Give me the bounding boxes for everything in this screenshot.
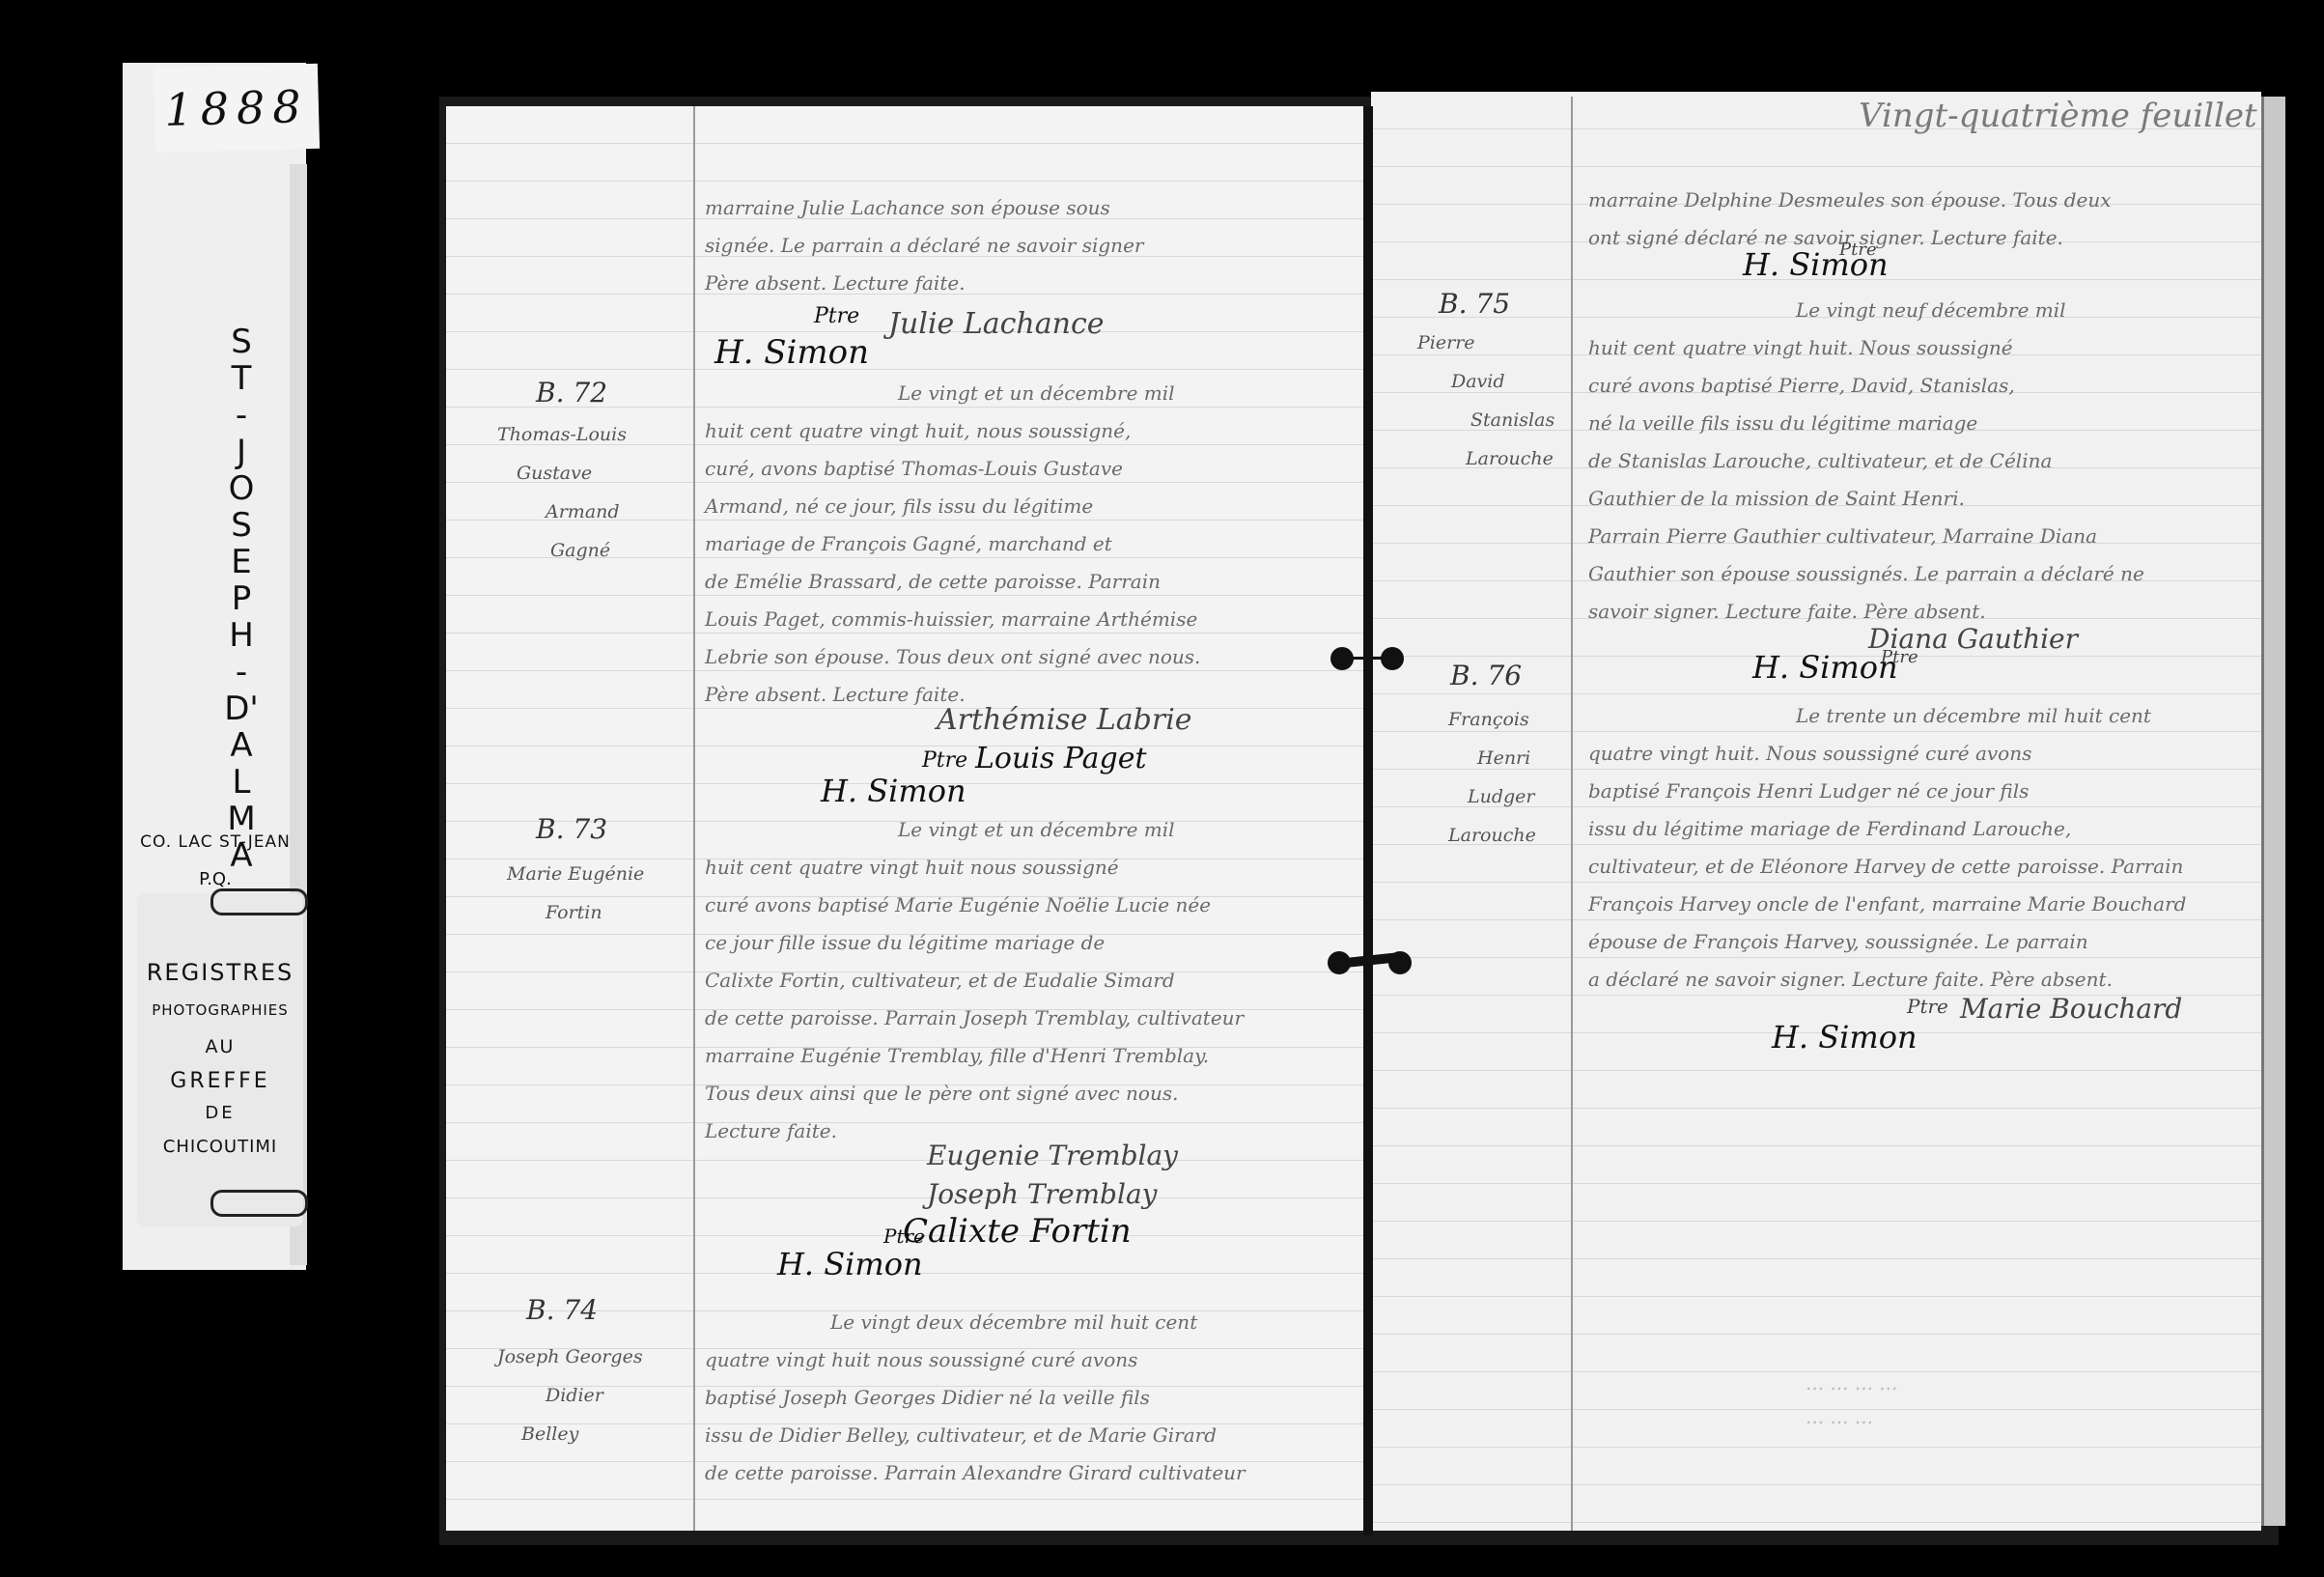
parish-name-vertical: S T - J O S E P H - D' A L M A xyxy=(193,324,290,874)
card-line-greffe: GREFFE xyxy=(170,1069,269,1093)
child-name: Ludger xyxy=(1448,777,1536,816)
text-line: baptisé François Henri Ludger né ce jour… xyxy=(1588,773,2186,810)
bleed-through-text: ... ... ... xyxy=(1806,1405,1873,1428)
page-stack-edge xyxy=(2261,97,2285,1526)
parish-letter: - xyxy=(236,397,247,434)
text-line: huit cent quatre vingt huit. Nous soussi… xyxy=(1588,329,2144,367)
card-line-de: DE xyxy=(205,1103,235,1123)
text-line: curé, avons baptisé Thomas-Louis Gustave xyxy=(705,450,1200,488)
registry-card: REGISTRES PHOTOGRAPHIES AU GREFFE DE CHI… xyxy=(137,893,303,1226)
text-line: Le vingt deux décembre mil huit cent xyxy=(705,1304,1246,1341)
entry-text: Le vingt et un décembre mil huit cent qu… xyxy=(705,375,1200,714)
text-line: issu du légitime mariage de Ferdinand La… xyxy=(1588,810,2186,848)
text-line: marraine Delphine Desmeules son épouse. … xyxy=(1588,182,2112,219)
entry-text: Le trente un décembre mil huit cent quat… xyxy=(1588,697,2186,999)
child-name: Pierre xyxy=(1417,324,1554,362)
folio-heading: Vingt-quatrième feuillet xyxy=(1859,97,2257,135)
surname: Larouche xyxy=(1417,439,1554,478)
binding-stitch-icon xyxy=(1328,951,1351,974)
surname: Larouche xyxy=(1448,816,1536,855)
parish-letter: A xyxy=(230,727,252,764)
priest-signature: H. Simon xyxy=(1752,649,1898,686)
witness-signature: Julie Lachance xyxy=(888,307,1105,341)
text-line: Père absent. Lecture faite. xyxy=(705,265,1143,302)
child-name: François xyxy=(1448,700,1536,739)
parish-letter: T xyxy=(232,360,252,397)
surname: Belley xyxy=(497,1415,643,1453)
text-line: de cette paroisse. Parrain Joseph Trembl… xyxy=(705,1000,1244,1037)
county-label: CO. LAC ST-JEAN xyxy=(128,832,302,852)
text-line: Le trente un décembre mil huit cent xyxy=(1588,697,2186,735)
father-signature: Calixte Fortin xyxy=(903,1212,1132,1251)
text-line: Gauthier de la mission de Saint Henri. xyxy=(1588,480,2144,518)
margin-names: François Henri Ludger Larouche xyxy=(1448,700,1536,855)
card-line-photographies: PHOTOGRAPHIES xyxy=(152,1001,289,1019)
binding-stitch-icon xyxy=(1388,951,1412,974)
child-name: Thomas-Louis xyxy=(497,415,627,454)
card-line-chicoutimi: CHICOUTIMI xyxy=(163,1137,277,1157)
text-line: Calixte Fortin, cultivateur, et de Eudal… xyxy=(705,962,1244,1000)
surname: Fortin xyxy=(507,893,644,932)
text-line: signée. Le parrain a déclaré ne savoir s… xyxy=(705,227,1143,265)
text-line: curé avons baptisé Marie Eugénie Noëlie … xyxy=(705,887,1244,924)
priest-title: Ptre xyxy=(814,304,859,328)
text-line: ce jour fille issue du légitime mariage … xyxy=(705,924,1244,962)
left-page-margin-rule xyxy=(693,106,695,1531)
parish-letter: H xyxy=(229,617,254,654)
text-line: Armand, né ce jour, fils issu du légitim… xyxy=(705,488,1200,525)
text-line: épouse de François Harvey, soussignée. L… xyxy=(1588,923,2186,961)
text-line: baptisé Joseph Georges Didier né la veil… xyxy=(705,1379,1246,1417)
margin-names: Thomas-Louis Gustave Armand Gagné xyxy=(497,415,627,570)
parish-letter: S xyxy=(231,507,252,544)
godmother-signature: Eugenie Tremblay xyxy=(927,1140,1178,1171)
text-line: Lebrie son épouse. Tous deux ont signé a… xyxy=(705,638,1200,676)
surname: Gagné xyxy=(497,531,627,570)
parish-letter: - xyxy=(236,654,247,690)
margin-names: Pierre David Stanislas Larouche xyxy=(1417,324,1554,478)
priest-signature: H. Simon xyxy=(821,773,966,809)
child-name: Gustave xyxy=(497,454,627,493)
entry-text: Le vingt et un décembre mil huit cent qu… xyxy=(705,811,1244,1150)
godfather-signature: Joseph Tremblay xyxy=(927,1178,1157,1210)
text-line: de Emélie Brassard, de cette paroisse. P… xyxy=(705,563,1200,601)
priest-signature: H. Simon xyxy=(1772,1019,1918,1056)
margin-names: Joseph Georges Didier Belley xyxy=(497,1338,643,1453)
priest-signature: H. Simon xyxy=(714,333,869,372)
child-name: David xyxy=(1417,362,1554,401)
child-name: Marie Eugénie xyxy=(507,855,644,893)
child-name: Joseph Georges xyxy=(497,1338,643,1376)
text-line: mariage de François Gagné, marchand et xyxy=(705,525,1200,563)
parish-letter: D' xyxy=(224,690,259,727)
text-line: issu de Didier Belley, cultivateur, et d… xyxy=(705,1417,1246,1454)
text-line: de cette paroisse. Parrain Alexandre Gir… xyxy=(705,1454,1246,1492)
text-line: de Stanislas Larouche, cultivateur, et d… xyxy=(1588,442,2144,480)
priest-title: Ptre xyxy=(1881,647,1918,667)
parish-letter: E xyxy=(231,544,251,580)
entry-number: B. 76 xyxy=(1450,660,1522,691)
text-line: Gauthier son épouse soussignés. Le parra… xyxy=(1588,555,2144,593)
priest-title: Ptre xyxy=(883,1225,925,1248)
child-name: Stanislas xyxy=(1417,401,1554,439)
text-line: François Harvey oncle de l'enfant, marra… xyxy=(1588,886,2186,923)
text-line: Parrain Pierre Gauthier cultivateur, Mar… xyxy=(1588,518,2144,555)
right-page-margin-rule xyxy=(1571,97,1573,1531)
text-line: Le vingt neuf décembre mil xyxy=(1588,292,2144,329)
parish-letter: L xyxy=(233,764,251,801)
priest-title: Ptre xyxy=(922,748,967,773)
text-line: Le vingt et un décembre mil xyxy=(705,375,1200,412)
priest-title: Ptre xyxy=(1839,239,1877,260)
child-name: Armand xyxy=(497,493,627,531)
province-label: P.Q. xyxy=(128,869,302,889)
year-tag: 1888 xyxy=(154,64,320,153)
card-line-registres: REGISTRES xyxy=(147,959,294,986)
parish-letter: S xyxy=(231,324,252,360)
godmother-signature: Marie Bouchard xyxy=(1960,993,2182,1025)
text-line: cultivateur, et de Eléonore Harvey de ce… xyxy=(1588,848,2186,886)
godmother-signature: Arthémise Labrie xyxy=(937,703,1192,737)
entry-text: Le vingt neuf décembre mil huit cent qua… xyxy=(1588,292,2144,631)
entry-number: B. 73 xyxy=(536,813,607,845)
paperclip-icon xyxy=(210,888,308,915)
child-name: Henri xyxy=(1448,739,1536,777)
paperclip-icon xyxy=(210,1190,308,1217)
text-line: marraine Julie Lachance son épouse sous xyxy=(705,189,1143,227)
text-line: né la veille fils issu du légitime maria… xyxy=(1588,405,2144,442)
text-line: quatre vingt huit. Nous soussigné curé a… xyxy=(1588,735,2186,773)
text-line: huit cent quatre vingt huit, nous soussi… xyxy=(705,412,1200,450)
parish-letter: O xyxy=(229,470,255,507)
text-line: quatre vingt huit nous soussigné curé av… xyxy=(705,1341,1246,1379)
text-line: curé avons baptisé Pierre, David, Stanis… xyxy=(1588,367,2144,405)
parish-letter: J xyxy=(237,434,246,470)
priest-title: Ptre xyxy=(1907,995,1948,1018)
text-line: Tous deux ainsi que le père ont signé av… xyxy=(705,1075,1244,1112)
margin-names: Marie Eugénie Fortin xyxy=(507,855,644,932)
carry-over-text: marraine Julie Lachance son épouse sous … xyxy=(705,189,1143,302)
text-line: Le vingt et un décembre mil xyxy=(705,811,1244,849)
entry-number: B. 74 xyxy=(526,1294,598,1326)
godfather-signature: Louis Paget xyxy=(975,742,1147,775)
parish-letter: P xyxy=(232,580,252,617)
card-line-au: AU xyxy=(206,1036,236,1057)
entry-text: Le vingt deux décembre mil huit cent qua… xyxy=(705,1304,1246,1492)
binding-stitch-icon xyxy=(1330,647,1354,670)
priest-signature: H. Simon xyxy=(777,1246,923,1282)
text-line: Louis Paget, commis-huissier, marraine A… xyxy=(705,601,1200,638)
binding-stitch-icon xyxy=(1381,647,1404,670)
entry-number: B. 75 xyxy=(1439,288,1510,320)
bleed-through-text: ... ... ... ... xyxy=(1806,1371,1897,1394)
child-name: Didier xyxy=(497,1376,643,1415)
text-line: huit cent quatre vingt huit nous soussig… xyxy=(705,849,1244,887)
book-gutter xyxy=(1363,106,1373,1535)
text-line: marraine Eugénie Tremblay, fille d'Henri… xyxy=(705,1037,1244,1075)
entry-number: B. 72 xyxy=(536,377,607,408)
